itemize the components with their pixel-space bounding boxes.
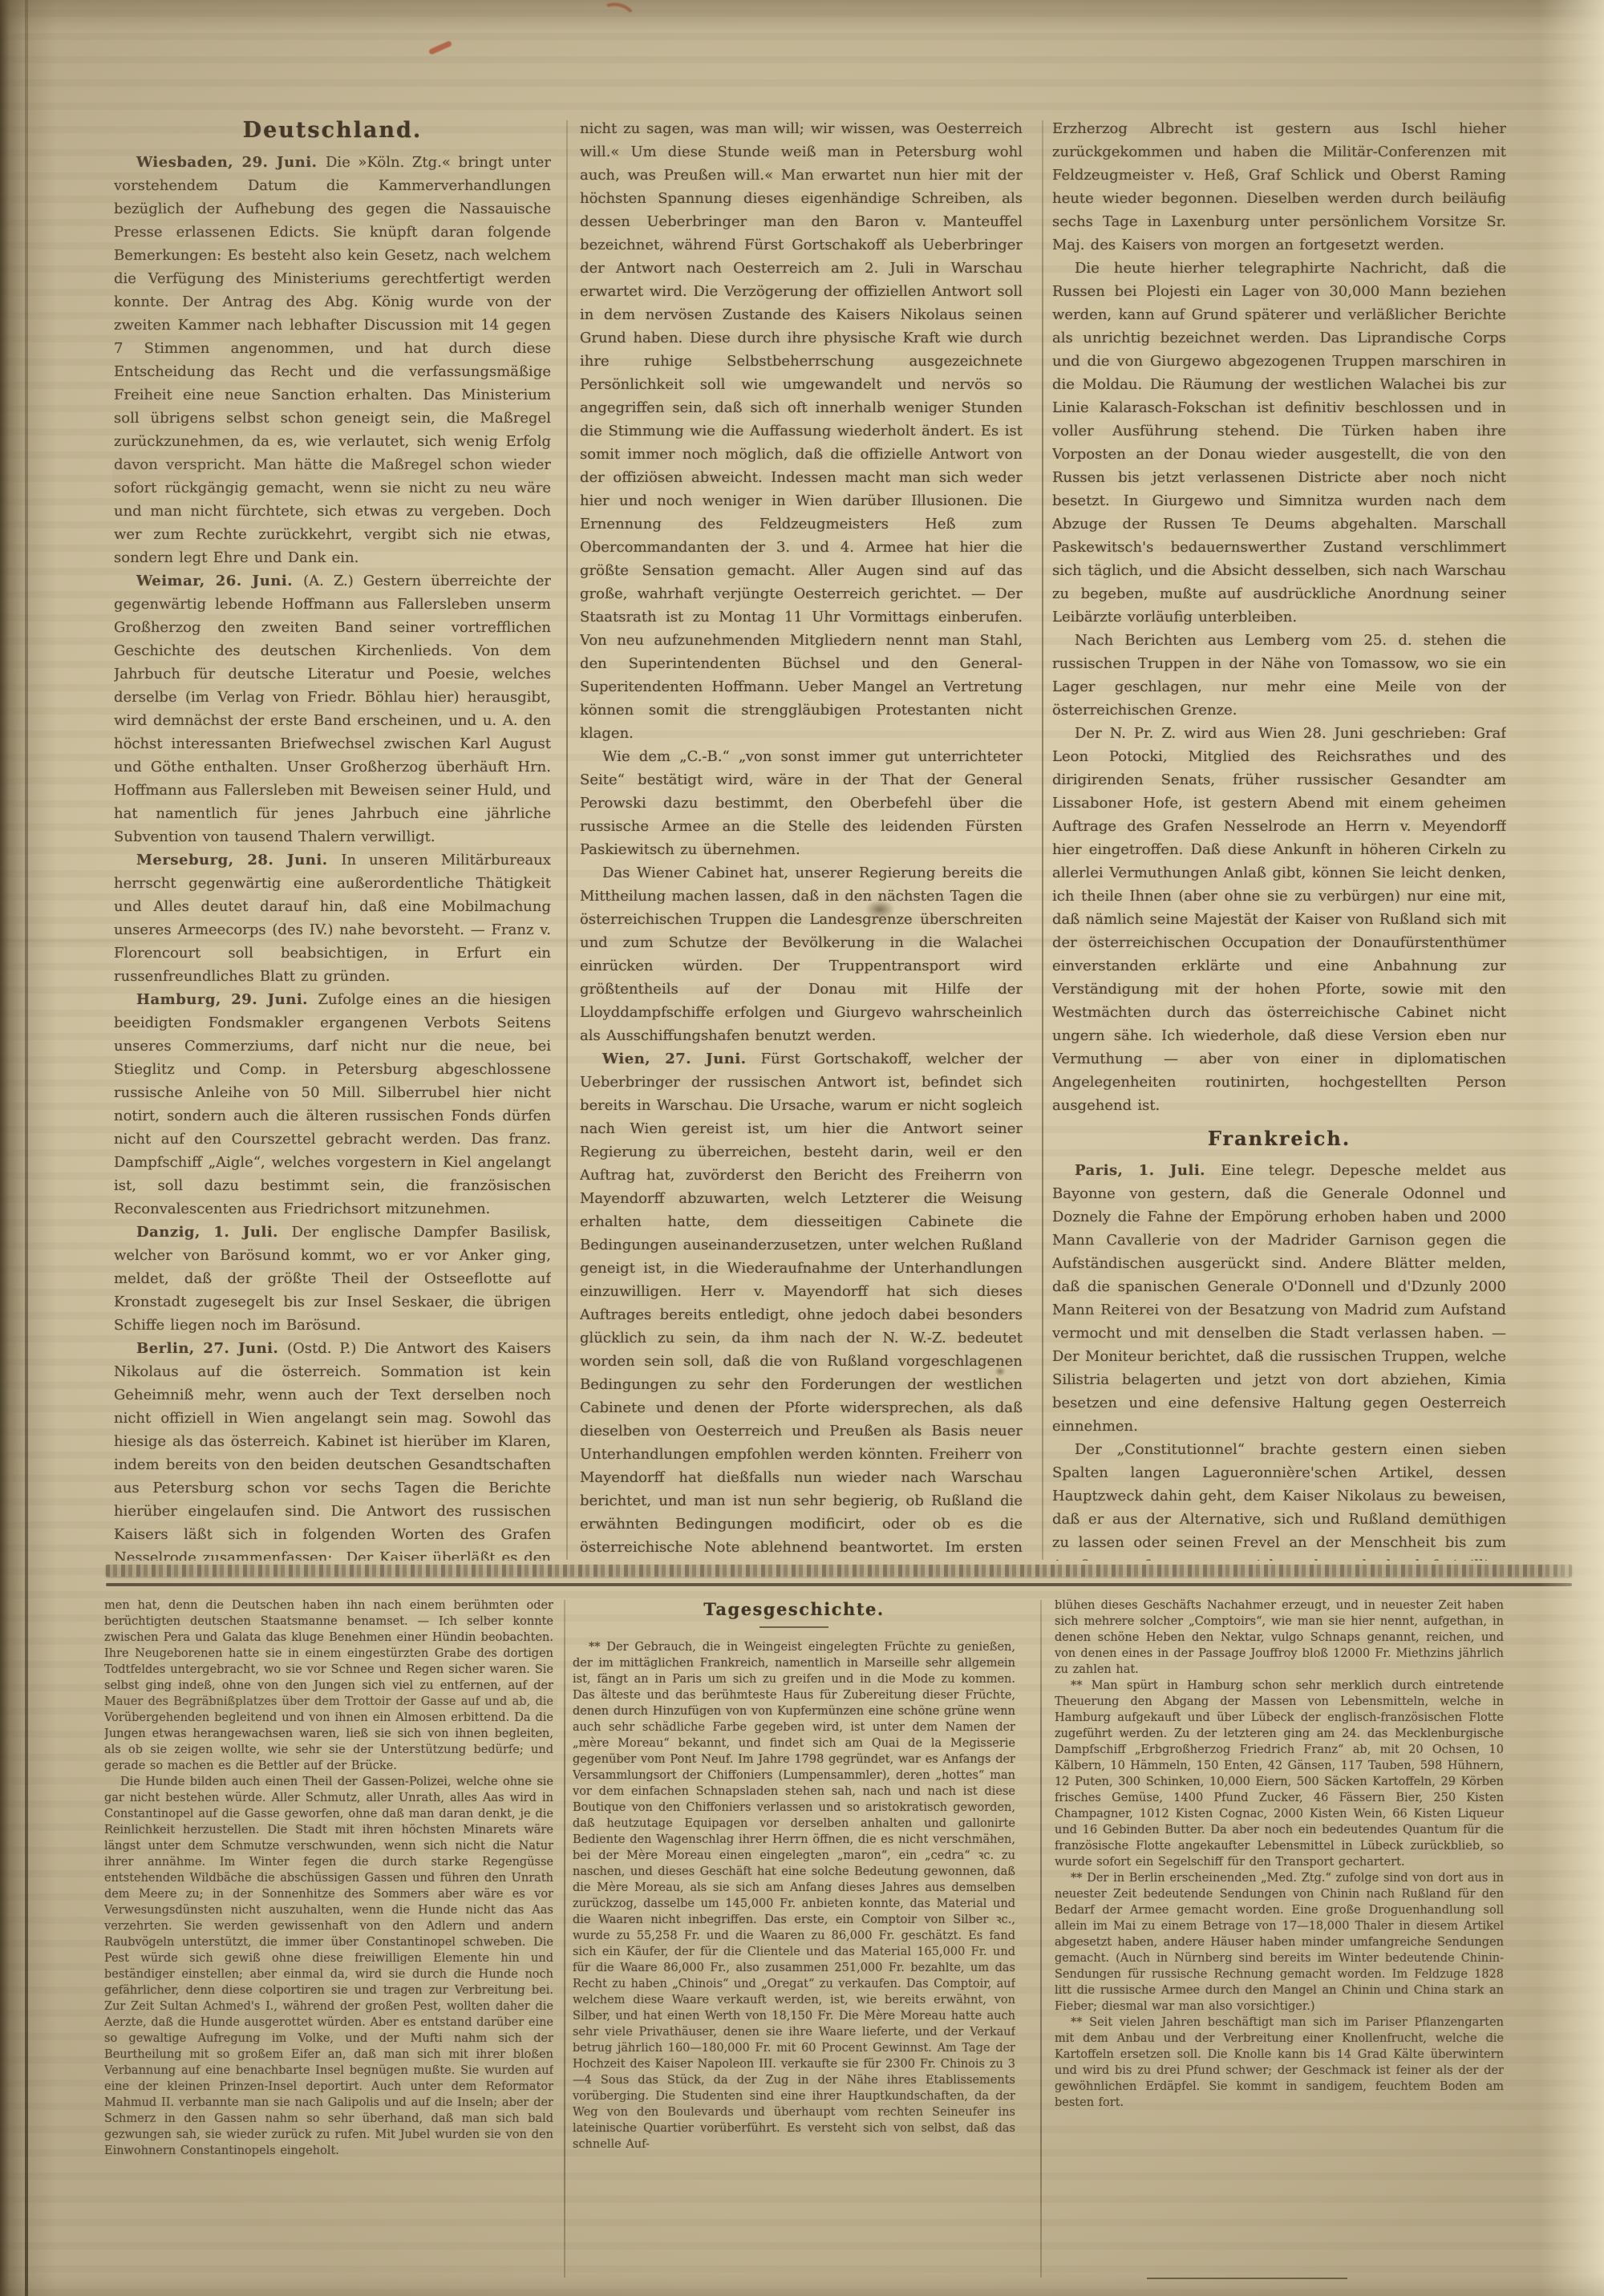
article-list-middle: nicht zu sagen, was man will; wir wissen… <box>580 117 1023 1561</box>
page-edge-top <box>0 0 1604 32</box>
separator-band <box>106 1565 1572 1577</box>
dateline: Paris, 1. Juli. <box>1075 1162 1221 1179</box>
section-heading-frankreich: Frankreich. <box>1052 1125 1506 1152</box>
newspaper-page: Deutschland. Wiesbaden, 29. Juni. Die »K… <box>0 0 1604 2296</box>
article-paragraph: Merseburg, 28. Juni. In unseren Militärb… <box>114 848 551 988</box>
article-paragraph: Die Hunde bilden auch einen Theil der Ga… <box>104 1774 553 2159</box>
dateline: Merseburg, 28. Juni. <box>136 852 341 869</box>
column-rule <box>566 120 568 1560</box>
dateline: Danzig, 1. Juli. <box>136 1224 292 1241</box>
column-deutschland: Deutschland. Wiesbaden, 29. Juni. Die »K… <box>114 117 551 1561</box>
binding-edge-line <box>25 0 28 2296</box>
article-paragraph: Paris, 1. Juli. Eine telegr. Depesche me… <box>1052 1159 1506 1438</box>
article-paragraph: blühen dieses Geschäfts Nachahmer erzeug… <box>1055 1597 1504 1678</box>
column-feuilleton: men hat, denn die Deutschen haben ihn na… <box>104 1597 553 2289</box>
article-list-frankreich: Paris, 1. Juli. Eine telegr. Depesche me… <box>1052 1159 1506 1561</box>
article-paragraph: ** Der in Berlin erscheinenden „Med. Ztg… <box>1055 1870 1504 2015</box>
tagesgeschichte-list: ** Der Gebrauch, die in Weingeist eingel… <box>573 1639 1015 2152</box>
article-paragraph: Wiesbaden, 29. Juni. Die »Köln. Ztg.« br… <box>114 151 551 569</box>
column-tagesgeschichte: Tagesgeschichte. ** Der Gebrauch, die in… <box>573 1597 1015 2289</box>
article-list-deutschland: Wiesbaden, 29. Juni. Die »Köln. Ztg.« br… <box>114 151 551 1561</box>
article-paragraph: Danzig, 1. Juli. Der englische Dampfer B… <box>114 1221 551 1337</box>
article-paragraph: ** Seit vielen Jahren beschäftigt man si… <box>1055 2015 1504 2111</box>
separator-line <box>106 1583 1572 1586</box>
page-edge-right <box>1540 0 1604 2296</box>
article-paragraph: men hat, denn die Deutschen haben ihn na… <box>104 1597 553 1774</box>
end-rule <box>1147 2278 1347 2279</box>
article-paragraph: Die heute hierher telegraphirte Nachrich… <box>1052 257 1506 629</box>
red-pencil-mark <box>428 40 452 55</box>
article-paragraph: Weimar, 26. Juni. (A. Z.) Gestern überre… <box>114 569 551 848</box>
column-middle: nicht zu sagen, was man will; wir wissen… <box>580 117 1023 1561</box>
dateline: Berlin, 27. Juni. <box>136 1340 287 1357</box>
binding-edge-shadow <box>0 0 56 2296</box>
column-bottom-right: blühen dieses Geschäfts Nachahmer erzeug… <box>1055 1597 1504 2289</box>
article-paragraph: Das Wiener Cabinet hat, unserer Regierun… <box>580 861 1023 1047</box>
column-right: Erzherzog Albrecht ist gestern aus Ischl… <box>1052 117 1506 1561</box>
bottom-right-list: blühen dieses Geschäfts Nachahmer erzeug… <box>1055 1597 1504 2111</box>
column-rule <box>564 1600 565 2278</box>
dateline: Weimar, 26. Juni. <box>136 573 303 589</box>
article-paragraph: Wien, 27. Juni. Fürst Gortschakoff, welc… <box>580 1047 1023 1561</box>
article-paragraph: Der N. Pr. Z. wird aus Wien 28. Juni ges… <box>1052 722 1506 1117</box>
column-rule <box>1040 1600 1042 2278</box>
red-pencil-mark <box>597 0 638 31</box>
feuilleton-list: men hat, denn die Deutschen haben ihn na… <box>104 1597 553 2159</box>
article-paragraph: Berlin, 27. Juni. (Ostd. P.) Die Antwort… <box>114 1337 551 1561</box>
column-rule <box>1042 120 1043 1560</box>
dateline: Wien, 27. Juni. <box>602 1051 761 1067</box>
dateline: Wiesbaden, 29. Juni. <box>136 154 326 171</box>
section-heading-tagesgeschichte: Tagesgeschichte. <box>573 1599 1015 1620</box>
article-paragraph: Hamburg, 29. Juni. Zufolge eines an die … <box>114 988 551 1221</box>
article-paragraph: Wie dem „C.-B.“ „von sonst immer gut unt… <box>580 745 1023 861</box>
article-paragraph: Erzherzog Albrecht ist gestern aus Ischl… <box>1052 117 1506 257</box>
article-paragraph: ** Der Gebrauch, die in Weingeist eingel… <box>573 1639 1015 2152</box>
article-paragraph: nicht zu sagen, was man will; wir wissen… <box>580 117 1023 745</box>
article-list-wien: Erzherzog Albrecht ist gestern aus Ischl… <box>1052 117 1506 1117</box>
heading-rule <box>759 1626 828 1628</box>
section-heading-deutschland: Deutschland. <box>114 117 551 144</box>
article-paragraph: Der „Constitutionnel“ brachte gestern ei… <box>1052 1438 1506 1561</box>
article-paragraph: Nach Berichten aus Lemberg vom 25. d. st… <box>1052 629 1506 722</box>
dateline: Hamburg, 29. Juni. <box>136 991 318 1008</box>
article-paragraph: ** Man spürt in Hamburg schon sehr merkl… <box>1055 1678 1504 1870</box>
